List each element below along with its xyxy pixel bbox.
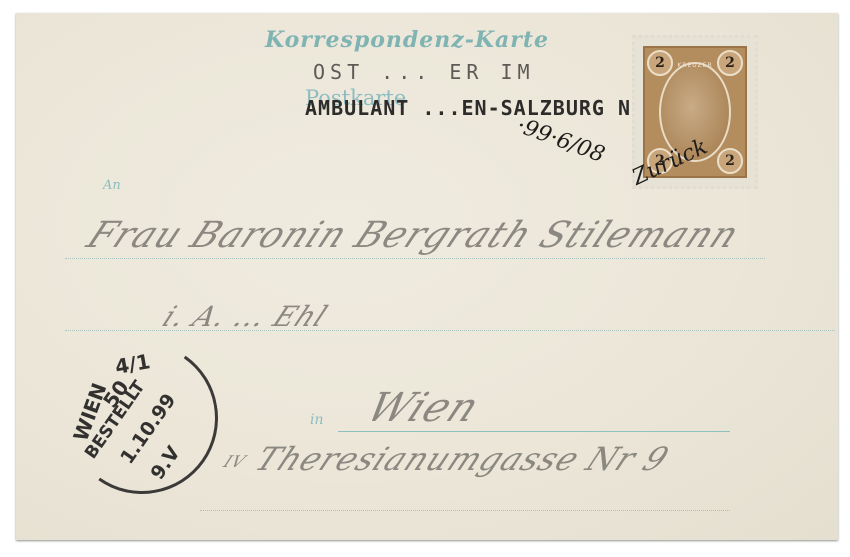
address-line-1 <box>65 258 765 259</box>
label-an: An <box>103 178 121 193</box>
address-street: Theresianumgasse Nr 9 <box>249 440 675 478</box>
address-line-city <box>338 431 730 432</box>
machine-cancel-text: AMBULANT ...EN-SALZBURG Nº <box>305 96 644 120</box>
address-city: Wien <box>359 385 487 431</box>
stamp-value-tl: 2 <box>647 50 673 76</box>
address-line-street <box>200 510 730 511</box>
stamp-value-br: 2 <box>717 148 743 174</box>
machine-cancel-line1: OST ... ER IM <box>313 60 535 84</box>
address-line2-text: i. A. ... Ehl <box>157 300 333 333</box>
address-recipient: Frau Baronin Bergrath Stilemann <box>80 215 746 256</box>
label-in: in <box>310 412 324 428</box>
stamp-value-tr: 2 <box>717 50 743 76</box>
card-title-fraktur: Korrespondenz-Karte <box>265 27 549 53</box>
